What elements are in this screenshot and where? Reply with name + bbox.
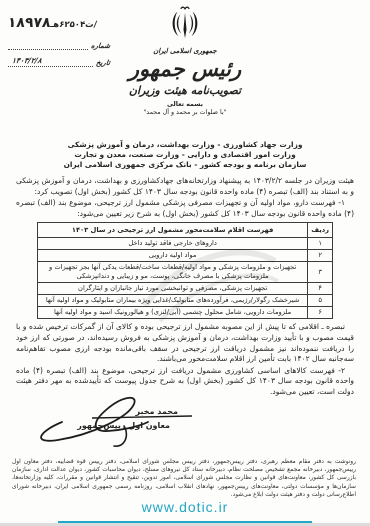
signature-block: محمد مخبر معاون اول رییس‌جمهور	[28, 386, 198, 450]
distribution-note: رونوشت به دفتر مقام معظم رهبری، دفتر ریی…	[12, 458, 356, 499]
row-item: تجهیزات و ملزومات پزشکی و مواد اولیه/قطع…	[38, 262, 308, 283]
row-item: مواد اولیه دارویی	[38, 250, 308, 262]
row-number: ۳	[308, 262, 333, 283]
addressee-ministries: وزارت جهاد کشاورزی - وزارت بهداشت، درمان…	[16, 140, 354, 170]
letterhead: جمهوری اسلامی ایران رئیس جمهور تصویب‌نام…	[0, 4, 370, 116]
resolution-title: تصویب‌نامه هیئت وزیران	[0, 84, 370, 97]
note-paragraph: تبصره ـ اقلامی که تا پیش از این مصوبه مش…	[16, 322, 354, 364]
row-item: شیرخشک رگولار/رژیمی، فرآورده‌های متابولی…	[38, 295, 308, 307]
signer-name: محمد مخبر	[136, 407, 178, 416]
addressee-line: سازمان برنامه و بودجه کشور - بانک مرکزی …	[16, 160, 354, 170]
signature-stroke	[28, 386, 198, 450]
row-number: ۱	[308, 238, 333, 250]
row-number: ۲	[308, 250, 333, 262]
row-number-header: ردیف	[308, 223, 333, 238]
row-item: داروهای خارجی فاقد تولید داخل	[38, 238, 308, 250]
addressee-line: وزارت امور اقتصادی و دارایی - وزارت صنعت…	[16, 150, 354, 160]
table-row: ۴ تجهیزات پزشکی، مصرفی و توانبخشی مورد ن…	[38, 283, 333, 295]
basmala-line: بسمه تعالی	[0, 101, 370, 108]
website-link[interactable]: www.dotic.ir	[0, 499, 370, 515]
iran-emblem-icon	[168, 4, 202, 46]
addressee-line: وزارت جهاد کشاورزی - وزارت بهداشت، درمان…	[16, 140, 354, 150]
president-title: رئیس جمهور	[0, 57, 370, 81]
republic-title: جمهوری اسلامی ایران	[0, 47, 370, 55]
signer-title: معاون اول رییس‌جمهور	[77, 421, 170, 430]
item-1-paragraph: ۱- فهرست دارو، مواد اولیه آن و تجهیزات م…	[16, 198, 354, 219]
salawat-line: "با صلوات بر محمد و آل محمد"	[0, 109, 370, 116]
table-row: ۲ مواد اولیه دارویی	[38, 250, 333, 262]
cabinet-resolution-document: /ت۶۲۵۰۴هـ۱۸۹۷۸ شماره تاریخ ۱۴۰۳/۲/۸	[0, 0, 370, 526]
row-item: تجهیزات پزشکی، مصرفی و توانبخشی مورد نیا…	[38, 283, 308, 295]
table-row: ۵ شیرخشک رگولار/رژیمی، فرآورده‌های متابو…	[38, 295, 333, 307]
row-number: ۴	[308, 283, 333, 295]
items-list-header: فهرست اقلام سلامت‌محور مشمول ارز ترجیحی …	[38, 223, 308, 238]
health-items-table: ردیف فهرست اقلام سلامت‌محور مشمول ارز تر…	[37, 222, 333, 319]
row-number: ۶	[308, 307, 333, 319]
row-item: ملزومات دارویی، شامل محلول چشمی (آبی/لنز…	[38, 307, 308, 319]
table-row: ۱ داروهای خارجی فاقد تولید داخل	[38, 238, 333, 250]
table-header-row: ردیف فهرست اقلام سلامت‌محور مشمول ارز تر…	[38, 223, 333, 238]
table-row: ۶ ملزومات دارویی، شامل محلول چشمی (آبی/ل…	[38, 307, 333, 319]
intro-paragraph: هیئت وزیران در جلسه ۱۴۰۳/۲/۲ به پیشنهاد …	[16, 176, 354, 197]
table-row: ۳ تجهیزات و ملزومات پزشکی و مواد اولیه/ق…	[38, 262, 333, 283]
row-number: ۵	[308, 295, 333, 307]
document-body: وزارت جهاد کشاورزی - وزارت بهداشت، درمان…	[16, 140, 354, 399]
